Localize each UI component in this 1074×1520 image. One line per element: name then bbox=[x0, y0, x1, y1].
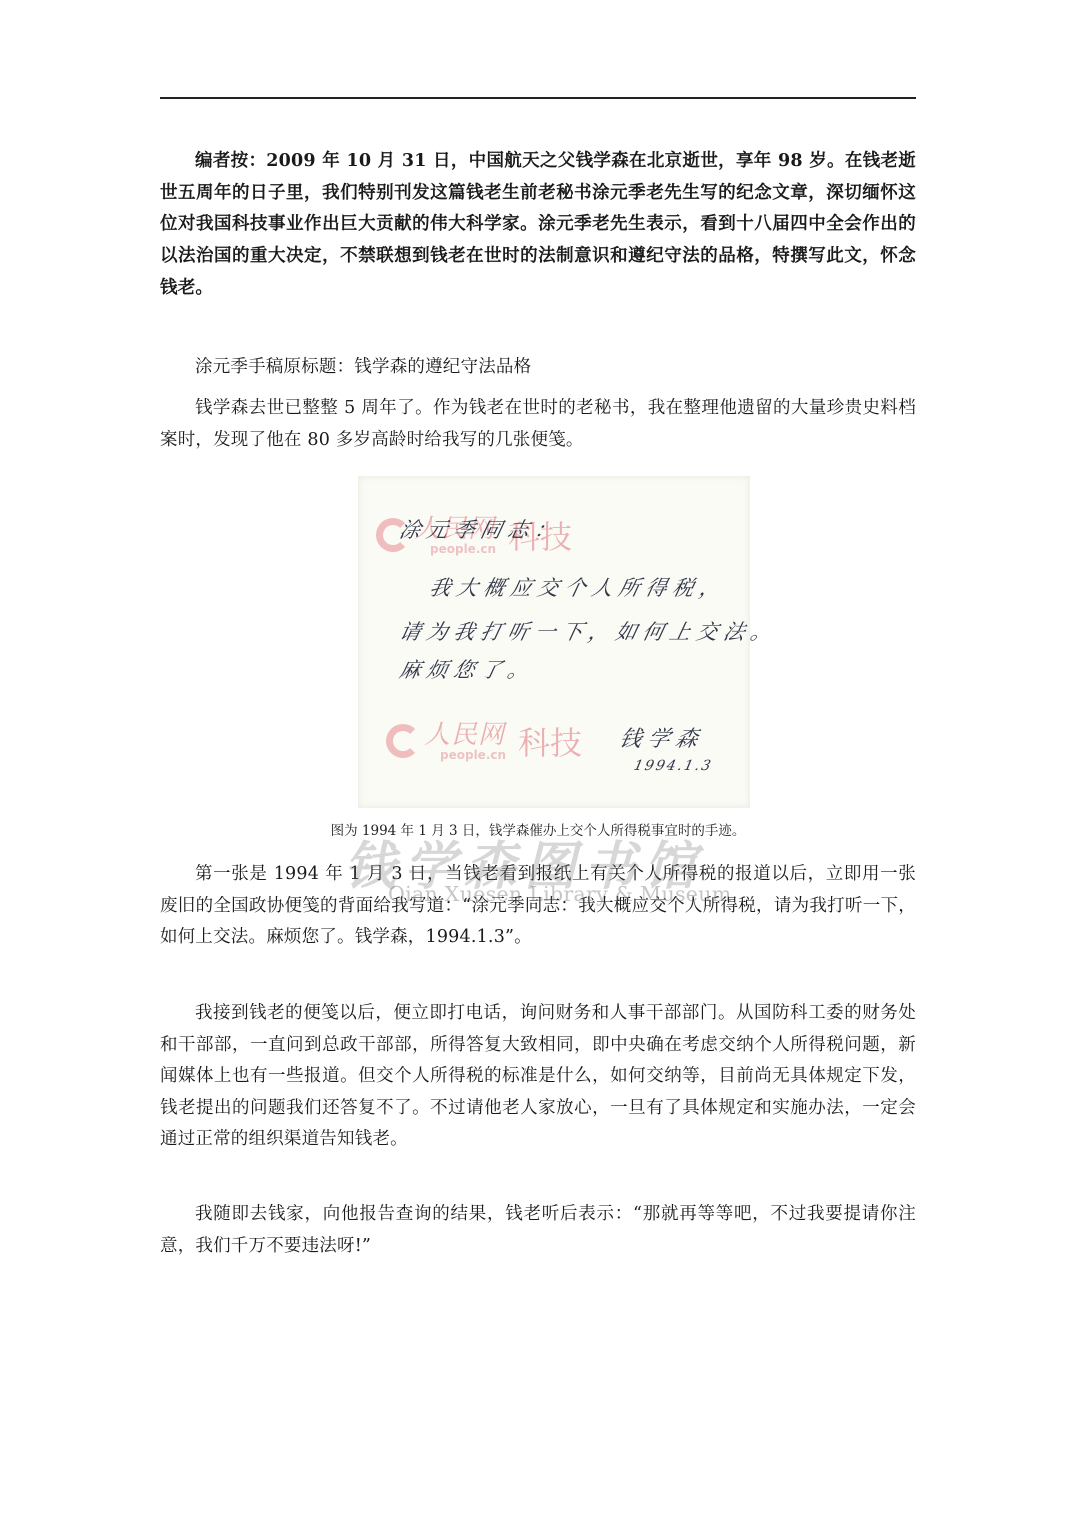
paragraph-1: 钱学森去世已整整 5 周年了。作为钱老在世时的老秘书，我在整理他遗留的大量珍贵史… bbox=[160, 393, 916, 456]
header-rule bbox=[160, 97, 916, 99]
handwritten-note-image: 人民网 people.cn 科技 人民网 people.cn 科技 涂元季同志：… bbox=[358, 476, 750, 808]
people-cn-watermark: 人民网 people.cn 科技 bbox=[386, 718, 582, 764]
figure-caption: 图为 1994 年 1 月 3 日，钱学森催办上交个人所得税事宜时的手迹。 bbox=[160, 820, 916, 842]
handwriting-signature: 钱学森 bbox=[617, 722, 708, 753]
watermark-site-cn: 人民网 bbox=[424, 721, 505, 749]
handwriting-line-1: 我大概应交个人所得税， bbox=[427, 572, 730, 602]
people-cn-logo-icon bbox=[386, 724, 420, 758]
handwriting-date: 1994.1.3 bbox=[632, 758, 714, 774]
editor-note: 编者按：2009 年 10 月 31 日，中国航天之父钱学森在北京逝世，享年 9… bbox=[160, 146, 916, 305]
watermark-section: 科技 bbox=[518, 718, 582, 764]
handwriting-greeting: 涂元季同志： bbox=[397, 514, 565, 544]
original-title: 涂元季手稿原标题：钱学森的遵纪守法品格 bbox=[160, 352, 916, 384]
paragraph-2: 第一张是 1994 年 1 月 3 日，当钱老看到报纸上有关个人所得税的报道以后… bbox=[160, 859, 916, 954]
handwriting-line-3: 麻烦您了。 bbox=[397, 654, 538, 684]
watermark-site-en: people.cn bbox=[430, 543, 496, 555]
watermark-site-en: people.cn bbox=[440, 749, 506, 761]
paragraph-4: 我随即去钱家，向他报告查询的结果，钱老听后表示：“那就再等等吧，不过我要提请你注… bbox=[160, 1199, 916, 1262]
handwriting-line-2: 请为我打听一下，如何上交法。 bbox=[397, 616, 781, 646]
paragraph-3: 我接到钱老的便笺以后，便立即打电话，询问财务和人事干部部门。从国防科工委的财务处… bbox=[160, 998, 916, 1156]
